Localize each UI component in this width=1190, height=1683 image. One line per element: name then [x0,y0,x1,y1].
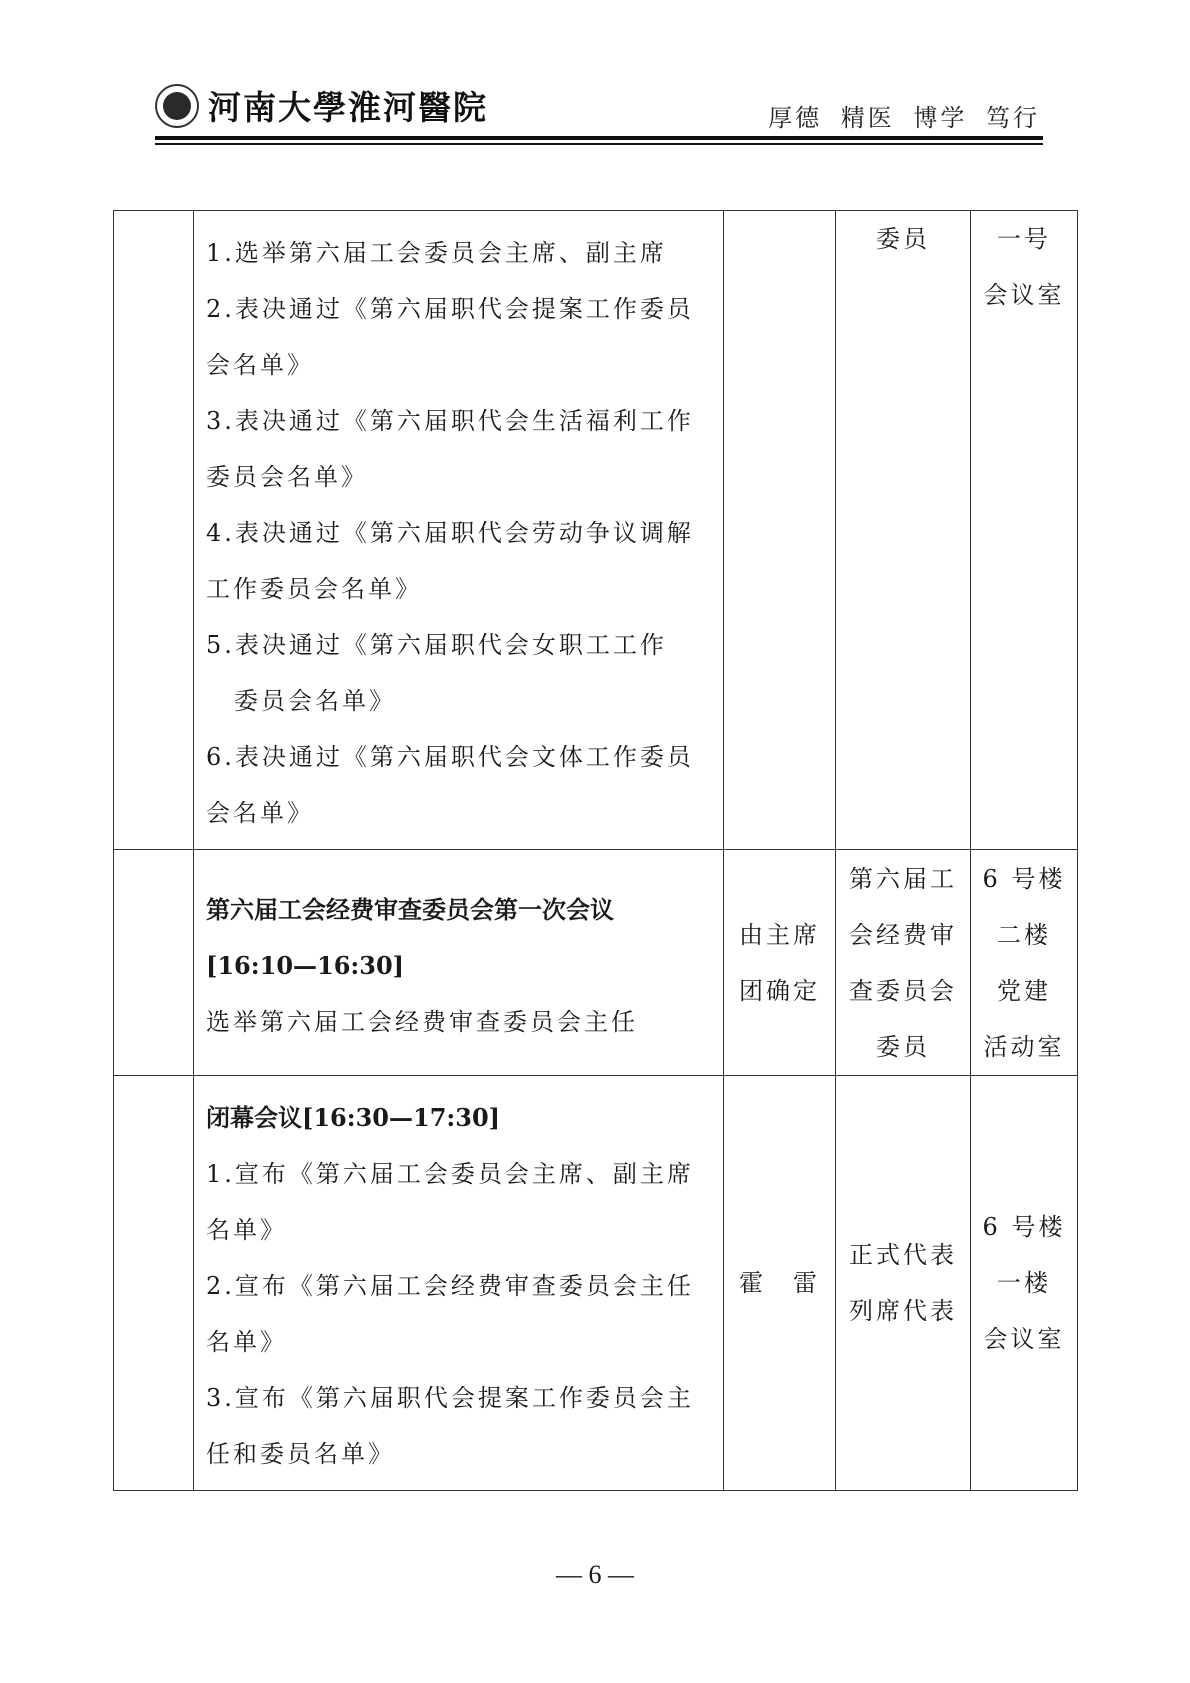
presider-line: 由主席 [724,907,835,963]
location-line: 活动室 [975,1019,1073,1075]
location-line: 会议室 [971,1311,1077,1367]
presider-cell: 霍 雷 [724,1076,836,1491]
location-line: 会议室 [971,267,1077,323]
agenda-item: 5.表决通过《第六届职代会女职工工作 [206,617,713,673]
date-cell [114,1076,194,1491]
institution-name: 河南大學淮河醫院 [208,82,488,129]
date-cell [114,211,194,850]
attendees-line: 正式代表 [836,1227,970,1283]
agenda-item: 任和委员名单》 [206,1426,713,1482]
agenda-item: 工作委员会名单》 [206,561,713,617]
header-rule-thin [155,143,1043,145]
agenda-item: 4.表决通过《第六届职代会劳动争议调解 [206,505,713,561]
location-line: 一号 [971,211,1077,267]
attendees-line: 列席代表 [836,1283,970,1339]
date-cell [114,850,194,1076]
session-title: 闭幕会议[16:30—17:30] [206,1090,713,1146]
motto: 厚德 精医 博学 笃行 [768,98,1040,133]
agenda-item: 2.宣布《第六届工会经费审查委员会主任 [206,1258,713,1314]
attendees-cell: 委员 [836,211,971,850]
attendees-line: 查委员会 [840,963,966,1019]
agenda-item: 选举第六届工会经费审查委员会主任 [206,994,713,1050]
agenda-cell: 闭幕会议[16:30—17:30] 1.宣布《第六届工会委员会主席、副主席 名单… [194,1076,724,1491]
attendees-text: 委员 [876,225,930,253]
location-line: 6 号楼 [975,851,1073,907]
table-row: 第六届工会经费审查委员会第一次会议 [16:10—16:30] 选举第六届工会经… [114,850,1078,1076]
location-line: 二楼 [975,907,1073,963]
location-line: 6 号楼 [971,1199,1077,1255]
attendees-cell: 正式代表 列席代表 [836,1076,971,1491]
attendees-line: 委员 [840,1019,966,1075]
location-cell: 6 号楼 一楼 会议室 [971,1076,1078,1491]
agenda-item: 委员会名单》 [206,449,713,505]
hospital-logo-icon [155,84,199,128]
presider-cell [724,211,836,850]
location-line: 一楼 [971,1255,1077,1311]
attendees-line: 第六届工 [840,851,966,907]
agenda-item: 委员会名单》 [206,673,713,729]
agenda-item: 2.表决通过《第六届职代会提案工作委员 [206,281,713,337]
agenda-item: 1.选举第六届工会委员会主席、副主席 [206,225,713,281]
page-number: — 6 — [0,1560,1190,1590]
session-title: 第六届工会经费审查委员会第一次会议 [206,882,713,938]
agenda-item: 名单》 [206,1314,713,1370]
agenda-item: 会名单》 [206,337,713,393]
attendees-line: 会经费审 [840,907,966,963]
agenda-item: 6.表决通过《第六届职代会文体工作委员 [206,729,713,785]
agenda-item: 1.宣布《第六届工会委员会主席、副主席 [206,1146,713,1202]
location-cell: 6 号楼 二楼 党建 活动室 [971,850,1078,1076]
schedule-table: 1.选举第六届工会委员会主席、副主席 2.表决通过《第六届职代会提案工作委员 会… [113,210,1078,1491]
table-row: 1.选举第六届工会委员会主席、副主席 2.表决通过《第六届职代会提案工作委员 会… [114,211,1078,850]
presider-cell: 由主席 团确定 [724,850,836,1076]
session-time: [16:10—16:30] [206,938,713,994]
presider-text: 霍 雷 [739,1269,820,1297]
location-cell: 一号 会议室 [971,211,1078,850]
agenda-cell: 1.选举第六届工会委员会主席、副主席 2.表决通过《第六届职代会提案工作委员 会… [194,211,724,850]
location-line: 党建 [975,963,1073,1019]
agenda-item: 会名单》 [206,785,713,841]
agenda-item: 3.表决通过《第六届职代会生活福利工作 [206,393,713,449]
presider-line: 团确定 [724,963,835,1019]
agenda-item: 名单》 [206,1202,713,1258]
agenda-cell: 第六届工会经费审查委员会第一次会议 [16:10—16:30] 选举第六届工会经… [194,850,724,1076]
table-row: 闭幕会议[16:30—17:30] 1.宣布《第六届工会委员会主席、副主席 名单… [114,1076,1078,1491]
attendees-cell: 第六届工 会经费审 查委员会 委员 [836,850,971,1076]
header-rule-thick [155,136,1043,140]
agenda-item: 3.宣布《第六届职代会提案工作委员会主 [206,1370,713,1426]
